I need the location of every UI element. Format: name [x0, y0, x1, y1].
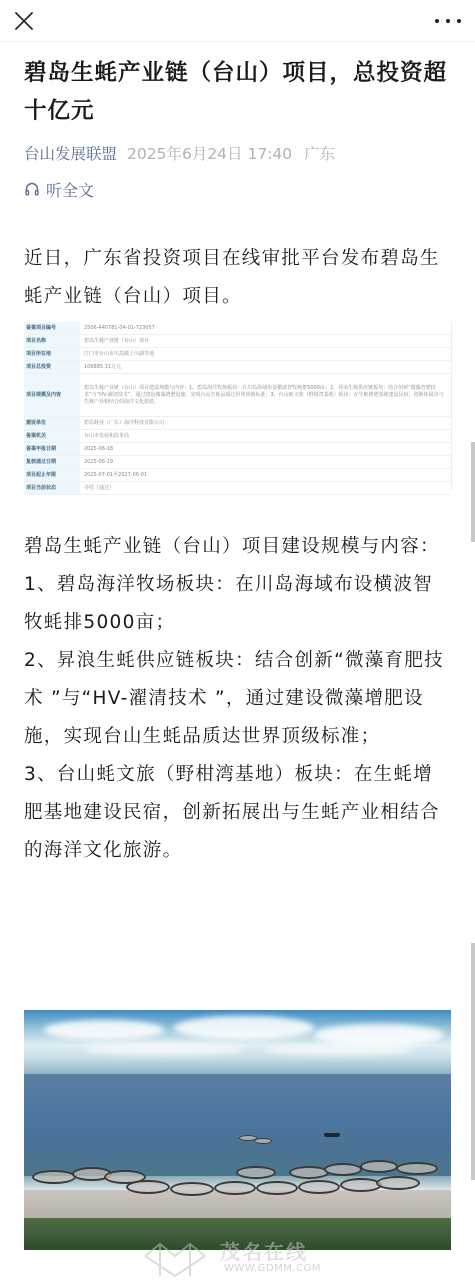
scrollbar-thumb[interactable] — [471, 442, 475, 542]
table-label: 项目当前状态 — [24, 482, 80, 494]
table-label: 项目总投资 — [24, 361, 80, 373]
author-link[interactable]: 台山发展联盟 — [24, 145, 117, 163]
more-options-button[interactable] — [435, 12, 461, 30]
table-row: 项目名称 碧岛生蚝产业链（台山）项目 — [24, 335, 451, 348]
table-label: 复核通过日期 — [24, 456, 80, 468]
table-label: 项目名称 — [24, 335, 80, 347]
table-label: 项目起止年限 — [24, 469, 80, 481]
table-label: 项目规模及内容 — [24, 374, 80, 416]
more-horizontal-icon — [446, 19, 450, 23]
table-row: 复核通过日期 2025-06-19 — [24, 456, 451, 469]
table-value: 2025-06-18 — [80, 443, 451, 455]
table-label: 备案机关 — [24, 430, 80, 442]
scope-heading: 碧岛生蚝产业链（台山）项目建设规模与内容： — [24, 528, 452, 566]
scrollbar-thumb[interactable] — [471, 943, 475, 1180]
scope-item: 1、碧岛海洋牧场板块：在川岛海域布设横波智牧蚝排5000亩； — [24, 566, 452, 642]
table-row: 项目规模及内容 碧岛生蚝产业链（台山）项目建设规模与内容：1、碧岛海洋牧场板块：… — [24, 374, 451, 417]
headphones-icon — [24, 181, 40, 197]
table-label: 建设单位 — [24, 417, 80, 429]
intro-paragraph: 近日，广东省投资项目在线审批平台发布碧岛生蚝产业链（台山）项目。 — [24, 240, 452, 316]
close-button[interactable] — [12, 9, 36, 33]
photo-sky — [24, 1010, 451, 1074]
oyster-farm-photo[interactable] — [24, 1010, 451, 1250]
table-row: 建设单位 碧岛蚝业（广东）海洋科技有限公司 — [24, 417, 451, 430]
table-row: 项目起止年限 2025-07-01至2027-06-01 — [24, 469, 451, 482]
listen-full-text-button[interactable]: 听全文 — [24, 178, 452, 200]
close-icon — [12, 9, 36, 33]
boat — [324, 1133, 340, 1137]
watermark-logo-icon — [140, 1236, 210, 1280]
watermark: 茂名在线 WWW.GDMM.COM — [140, 1236, 340, 1280]
table-label: 备案项目编号 — [24, 322, 80, 334]
table-label: 项目所在地 — [24, 348, 80, 360]
table-value: 2506-440781-04-01-723057 — [80, 322, 451, 334]
table-value: 碧岛蚝业（广东）海洋科技有限公司 — [80, 417, 451, 429]
more-horizontal-icon — [435, 19, 439, 23]
table-row: 备案机关 台山市发展和改革局 — [24, 430, 451, 443]
table-label: 备案申报日期 — [24, 443, 80, 455]
table-row: 项目所在地 江门市台山市川岛镇上川湖等地 — [24, 348, 451, 361]
table-value: 碧岛生蚝产业链（台山）项目 — [80, 335, 451, 347]
table-row: 项目当前状态 办结（通过） — [24, 482, 451, 495]
registration-table-image[interactable]: 备案项目编号 2506-440781-04-01-723057 项目名称 碧岛生… — [24, 322, 452, 490]
scope-item: 3、台山蚝文旅（野柑湾基地）板块：在生蚝增肥基地建设民宿，创新拓展出与生蚝产业相… — [24, 756, 452, 870]
article-title: 碧岛生蚝产业链（台山）项目，总投资超十亿元 — [24, 54, 452, 130]
publish-date: 2025年6月24日 17:40 — [127, 145, 292, 163]
more-horizontal-icon — [457, 19, 461, 23]
table-value: 碧岛生蚝产业链（台山）项目建设规模与内容：1、碧岛海洋牧场板块：在川岛海域布设横… — [80, 374, 451, 416]
table-value: 办结（通过） — [80, 482, 451, 494]
top-bar — [0, 0, 475, 42]
listen-label: 听全文 — [46, 178, 94, 201]
table-row: 备案申报日期 2025-06-18 — [24, 443, 451, 456]
table-row: 备案项目编号 2506-440781-04-01-723057 — [24, 322, 451, 335]
article-header: 碧岛生蚝产业链（台山）项目，总投资超十亿元 台山发展联盟2025年6月24日 1… — [24, 54, 452, 200]
article-meta: 台山发展联盟2025年6月24日 17:40广东 — [24, 144, 452, 164]
watermark-text: 茂名在线 — [220, 1236, 308, 1265]
publish-region: 广东 — [304, 145, 335, 163]
watermark-url: WWW.GDMM.COM — [224, 1263, 321, 1274]
table-value: 2025-07-01至2027-06-01 — [80, 469, 451, 481]
table-value: 台山市发展和改革局 — [80, 430, 451, 442]
table-value: 106885.31万元 — [80, 361, 451, 373]
scope-item: 2、昇浪生蚝供应链板块：结合创新“微藻育肥技术 ”与“HV-濯清技术 ”，通过建… — [24, 642, 452, 756]
scope-section: 碧岛生蚝产业链（台山）项目建设规模与内容： 1、碧岛海洋牧场板块：在川岛海域布设… — [24, 528, 452, 870]
table-value: 江门市台山市川岛镇上川湖等地 — [80, 348, 451, 360]
table-row: 项目总投资 106885.31万元 — [24, 361, 451, 374]
table-value: 2025-06-19 — [80, 456, 451, 468]
